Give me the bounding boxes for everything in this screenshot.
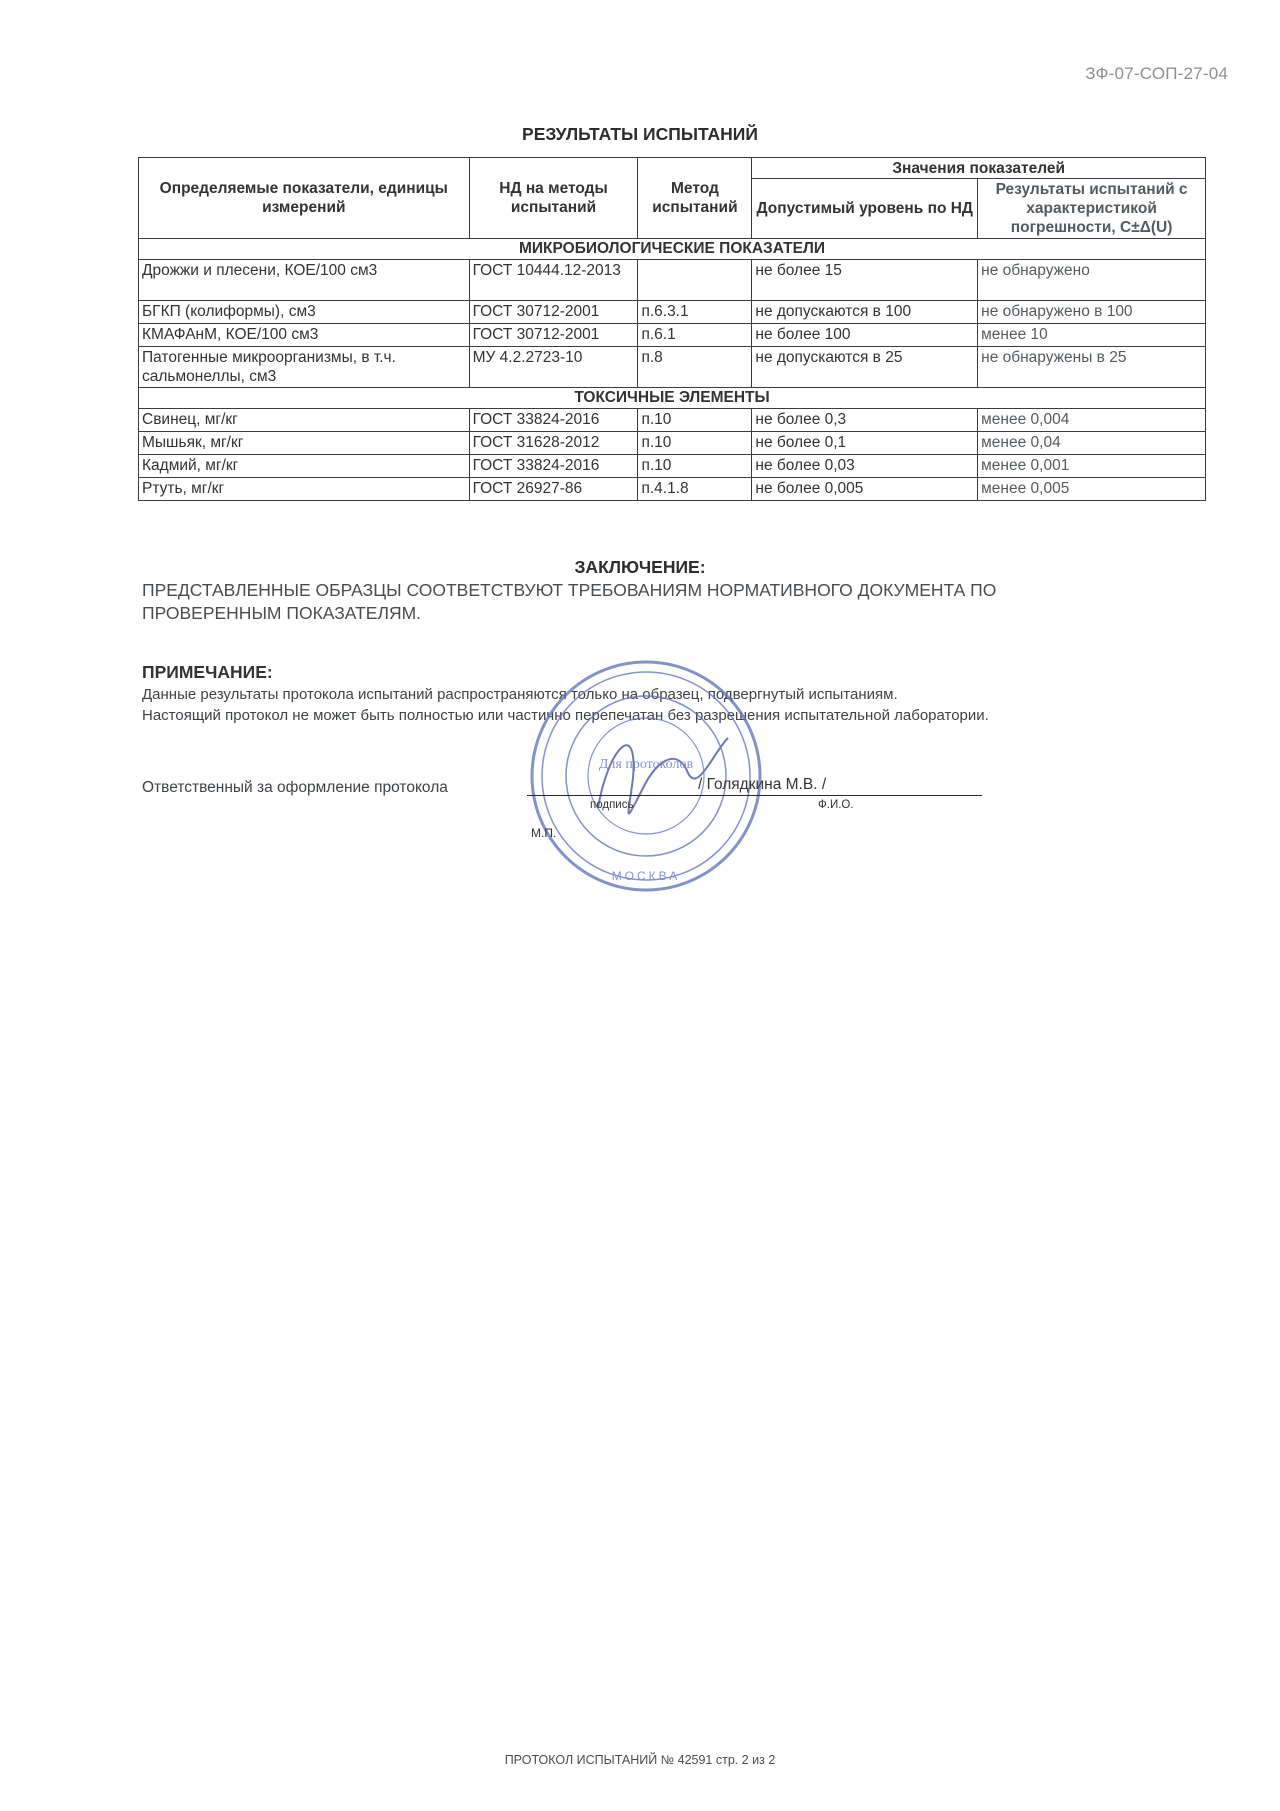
cell-allowed: не более 100 — [752, 324, 978, 347]
fio-caption: Ф.И.О. — [818, 799, 854, 811]
cell-nd: ГОСТ 30712-2001 — [469, 324, 638, 347]
cell-indicator: Мышьяк, мг/кг — [139, 432, 470, 455]
cell-indicator: Кадмий, мг/кг — [139, 455, 470, 478]
cell-indicator: Свинец, мг/кг — [139, 409, 470, 432]
cell-result: менее 0,04 — [978, 432, 1206, 455]
section-row-toxic-elements: ТОКСИЧНЫЕ ЭЛЕМЕНТЫ — [139, 388, 1206, 409]
cell-result: менее 0,005 — [978, 478, 1206, 501]
table-row: Патогенные микроорганизмы, в т.ч. сальмо… — [139, 347, 1206, 388]
conclusion-text: ПРЕДСТАВЛЕННЫЕ ОБРАЗЦЫ СООТВЕТСТВУЮТ ТРЕ… — [142, 579, 1102, 625]
signatory-name: / Голядкина М.В. / — [698, 776, 826, 794]
cell-method: п.4.1.8 — [638, 478, 752, 501]
section-title: МИКРОБИОЛОГИЧЕСКИЕ ПОКАЗАТЕЛИ — [139, 239, 1206, 260]
cell-method: п.6.1 — [638, 324, 752, 347]
cell-indicator: Ртуть, мг/кг — [139, 478, 470, 501]
table-row: Кадмий, мг/кг ГОСТ 33824-2016 п.10 не бо… — [139, 455, 1206, 478]
cell-indicator: Патогенные микроорганизмы, в т.ч. сальмо… — [139, 347, 470, 388]
stamp-place-caption: М.П. — [531, 826, 556, 840]
cell-allowed: не более 0,03 — [752, 455, 978, 478]
table-row: Мышьяк, мг/кг ГОСТ 31628-2012 п.10 не бо… — [139, 432, 1206, 455]
cell-nd: ГОСТ 30712-2001 — [469, 301, 638, 324]
cell-method: п.10 — [638, 409, 752, 432]
cell-result: менее 0,004 — [978, 409, 1206, 432]
cell-result: не обнаружены в 25 — [978, 347, 1206, 388]
cell-indicator: Дрожжи и плесени, КОЕ/100 см3 — [139, 260, 470, 301]
cell-result: менее 10 — [978, 324, 1206, 347]
cell-result: не обнаружено — [978, 260, 1206, 301]
header-method: Метод испытаний — [638, 158, 752, 239]
table-row: Дрожжи и плесени, КОЕ/100 см3 ГОСТ 10444… — [139, 260, 1206, 301]
cell-nd: ГОСТ 31628-2012 — [469, 432, 638, 455]
cell-indicator: КМАФАнМ, КОЕ/100 см3 — [139, 324, 470, 347]
section-title: ТОКСИЧНЫЕ ЭЛЕМЕНТЫ — [139, 388, 1206, 409]
results-table: Определяемые показатели, единицы измерен… — [138, 157, 1206, 501]
cell-nd: ГОСТ 26927-86 — [469, 478, 638, 501]
cell-allowed: не допускаются в 25 — [752, 347, 978, 388]
cell-nd: ГОСТ 33824-2016 — [469, 409, 638, 432]
signature-line — [527, 795, 982, 796]
cell-nd: МУ 4.2.2723-10 — [469, 347, 638, 388]
header-results: Результаты испытаний с характеристикой п… — [978, 179, 1206, 239]
header-values-group: Значения показателей — [752, 158, 1206, 179]
header-allowed-level: Допустимый уровень по НД — [752, 179, 978, 239]
note-title: ПРИМЕЧАНИЕ: — [142, 662, 273, 683]
cell-result: не обнаружено в 100 — [978, 301, 1206, 324]
responsible-label: Ответственный за оформление протокола — [142, 779, 448, 797]
cell-method: п.10 — [638, 455, 752, 478]
cell-result: менее 0,001 — [978, 455, 1206, 478]
cell-allowed: не более 0,3 — [752, 409, 978, 432]
page-title: РЕЗУЛЬТАТЫ ИСПЫТАНИЙ — [0, 124, 1280, 145]
header-nd-methods: НД на методы испытаний — [469, 158, 638, 239]
table-row: Ртуть, мг/кг ГОСТ 26927-86 п.4.1.8 не бо… — [139, 478, 1206, 501]
table-row: Свинец, мг/кг ГОСТ 33824-2016 п.10 не бо… — [139, 409, 1206, 432]
cell-allowed: не более 0,005 — [752, 478, 978, 501]
table-row: КМАФАнМ, КОЕ/100 см3 ГОСТ 30712-2001 п.6… — [139, 324, 1206, 347]
cell-indicator: БГКП (колиформы), см3 — [139, 301, 470, 324]
header-indicator: Определяемые показатели, единицы измерен… — [139, 158, 470, 239]
table-row: БГКП (колиформы), см3 ГОСТ 30712-2001 п.… — [139, 301, 1206, 324]
cell-method: п.8 — [638, 347, 752, 388]
cell-method: п.6.3.1 — [638, 301, 752, 324]
cell-allowed: не более 0,1 — [752, 432, 978, 455]
cell-nd: ГОСТ 10444.12-2013 — [469, 260, 638, 301]
cell-method — [638, 260, 752, 301]
cell-allowed: не допускаются в 100 — [752, 301, 978, 324]
document-code: ЗФ-07-СОП-27-04 — [1085, 64, 1228, 84]
section-row-microbiology: МИКРОБИОЛОГИЧЕСКИЕ ПОКАЗАТЕЛИ — [139, 239, 1206, 260]
cell-method: п.10 — [638, 432, 752, 455]
stamp-city: МОСКВА — [612, 869, 681, 883]
cell-allowed: не более 15 — [752, 260, 978, 301]
cell-nd: ГОСТ 33824-2016 — [469, 455, 638, 478]
conclusion-title: ЗАКЛЮЧЕНИЕ: — [0, 557, 1280, 578]
signature-caption: подпись — [590, 799, 633, 811]
page-footer: ПРОТОКОЛ ИСПЫТАНИЙ № 42591 стр. 2 из 2 — [0, 1753, 1280, 1767]
